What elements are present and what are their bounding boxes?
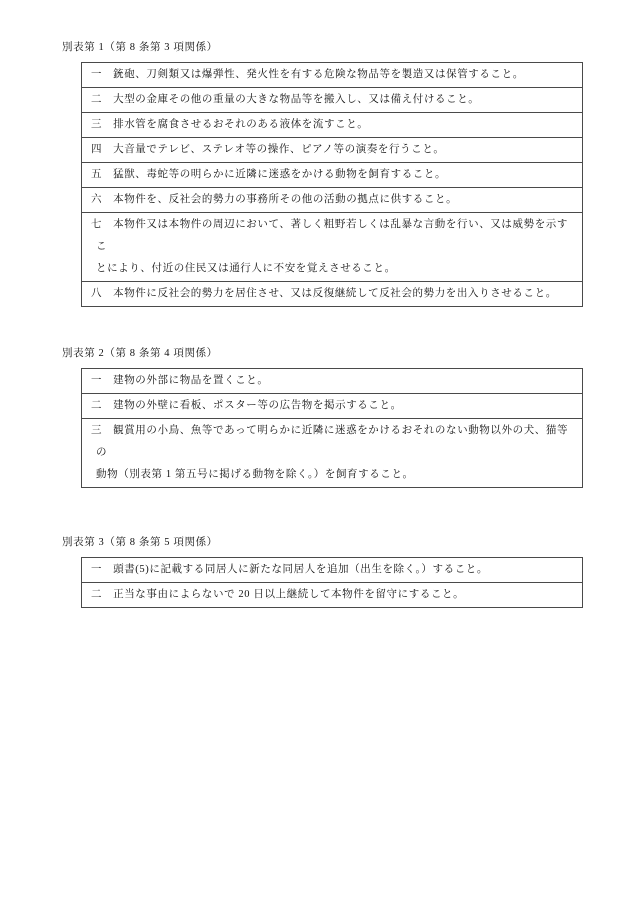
item-text: 排水管を腐食させるおそれのある液体を流すこと。 <box>113 119 368 130</box>
item-text: 建物の外部に物品を置くこと。 <box>113 375 268 386</box>
item-text: 本物件に反社会的勢力を居住させ、又は反復継続して反社会的勢力を出入りさせること。 <box>113 288 557 299</box>
item-number: 三 <box>91 119 102 130</box>
item-number: 七 <box>91 219 102 230</box>
appendix-1-heading: 別表第 1（第 8 条第 3 項関係） <box>62 41 602 54</box>
item-number: 六 <box>91 194 102 205</box>
item-number: 一 <box>91 375 102 386</box>
table-row: 三排水管を腐食させるおそれのある液体を流すこと。 <box>82 112 582 137</box>
table-row: 二建物の外壁に看板、ポスター等の広告物を掲示すること。 <box>82 393 582 418</box>
appendix-section-1: 別表第 1（第 8 条第 3 項関係） 一銃砲、刀剣類又は爆弾性、発火性を有する… <box>62 41 602 307</box>
table-row: 七本物件又は本物件の周辺において、著しく粗野若しくは乱暴な言動を行い、又は威勢を… <box>82 212 582 281</box>
item-text: 大音量でテレビ、ステレオ等の操作、ピアノ等の演奏を行うこと。 <box>113 144 444 155</box>
item-text: 銃砲、刀剣類又は爆弾性、発火性を有する危険な物品等を製造又は保管すること。 <box>113 69 524 80</box>
item-number: 二 <box>91 400 102 411</box>
table-row: 一銃砲、刀剣類又は爆弾性、発火性を有する危険な物品等を製造又は保管すること。 <box>82 63 582 87</box>
table-row: 一頭書(5)に記載する同居人に新たな同居人を追加（出生を除く。）すること。 <box>82 558 582 582</box>
item-text: 観賞用の小鳥、魚等であって明らかに近隣に迷惑をかけるおそれのない動物以外の犬、猫… <box>96 425 568 480</box>
item-number: 三 <box>91 425 102 436</box>
table-row: 二正当な事由によらないで 20 日以上継続して本物件を留守にすること。 <box>82 582 582 607</box>
item-number: 八 <box>91 288 102 299</box>
item-number: 五 <box>91 169 102 180</box>
appendix-section-2: 別表第 2（第 8 条第 4 項関係） 一建物の外部に物品を置くこと。 二建物の… <box>62 347 602 488</box>
table-row: 八本物件に反社会的勢力を居住させ、又は反復継続して反社会的勢力を出入りさせること… <box>82 281 582 306</box>
appendix-section-3: 別表第 3（第 8 条第 5 項関係） 一頭書(5)に記載する同居人に新たな同居… <box>62 536 602 608</box>
item-number: 一 <box>91 69 102 80</box>
appendix-1-table: 一銃砲、刀剣類又は爆弾性、発火性を有する危険な物品等を製造又は保管すること。 二… <box>81 62 583 307</box>
table-row: 二大型の金庫その他の重量の大きな物品等を搬入し、又は備え付けること。 <box>82 87 582 112</box>
item-text: 本物件を、反社会的勢力の事務所その他の活動の拠点に供すること。 <box>113 194 457 205</box>
table-row: 六本物件を、反社会的勢力の事務所その他の活動の拠点に供すること。 <box>82 187 582 212</box>
item-text: 大型の金庫その他の重量の大きな物品等を搬入し、又は備え付けること。 <box>113 94 479 105</box>
item-text: 建物の外壁に看板、ポスター等の広告物を掲示すること。 <box>113 400 402 411</box>
appendix-2-table: 一建物の外部に物品を置くこと。 二建物の外壁に看板、ポスター等の広告物を掲示する… <box>81 368 583 488</box>
item-number: 二 <box>91 589 102 600</box>
table-row: 四大音量でテレビ、ステレオ等の操作、ピアノ等の演奏を行うこと。 <box>82 137 582 162</box>
item-number: 一 <box>91 564 102 575</box>
appendix-3-heading: 別表第 3（第 8 条第 5 項関係） <box>62 536 602 549</box>
item-text: 頭書(5)に記載する同居人に新たな同居人を追加（出生を除く。）すること。 <box>113 564 488 575</box>
table-row: 五猛獣、毒蛇等の明らかに近隣に迷惑をかける動物を飼育すること。 <box>82 162 582 187</box>
table-row: 三観賞用の小鳥、魚等であって明らかに近隣に迷惑をかけるおそれのない動物以外の犬、… <box>82 418 582 487</box>
document-page: 別表第 1（第 8 条第 3 項関係） 一銃砲、刀剣類又は爆弾性、発火性を有する… <box>0 0 630 903</box>
item-text: 猛獣、毒蛇等の明らかに近隣に迷惑をかける動物を飼育すること。 <box>113 169 446 180</box>
table-row: 一建物の外部に物品を置くこと。 <box>82 369 582 393</box>
item-number: 四 <box>91 144 102 155</box>
item-text: 正当な事由によらないで 20 日以上継続して本物件を留守にすること。 <box>113 589 464 600</box>
appendix-2-heading: 別表第 2（第 8 条第 4 項関係） <box>62 347 602 360</box>
appendix-3-table: 一頭書(5)に記載する同居人に新たな同居人を追加（出生を除く。）すること。 二正… <box>81 557 583 608</box>
item-text: 本物件又は本物件の周辺において、著しく粗野若しくは乱暴な言動を行い、又は威勢を示… <box>96 219 568 274</box>
item-number: 二 <box>91 94 102 105</box>
